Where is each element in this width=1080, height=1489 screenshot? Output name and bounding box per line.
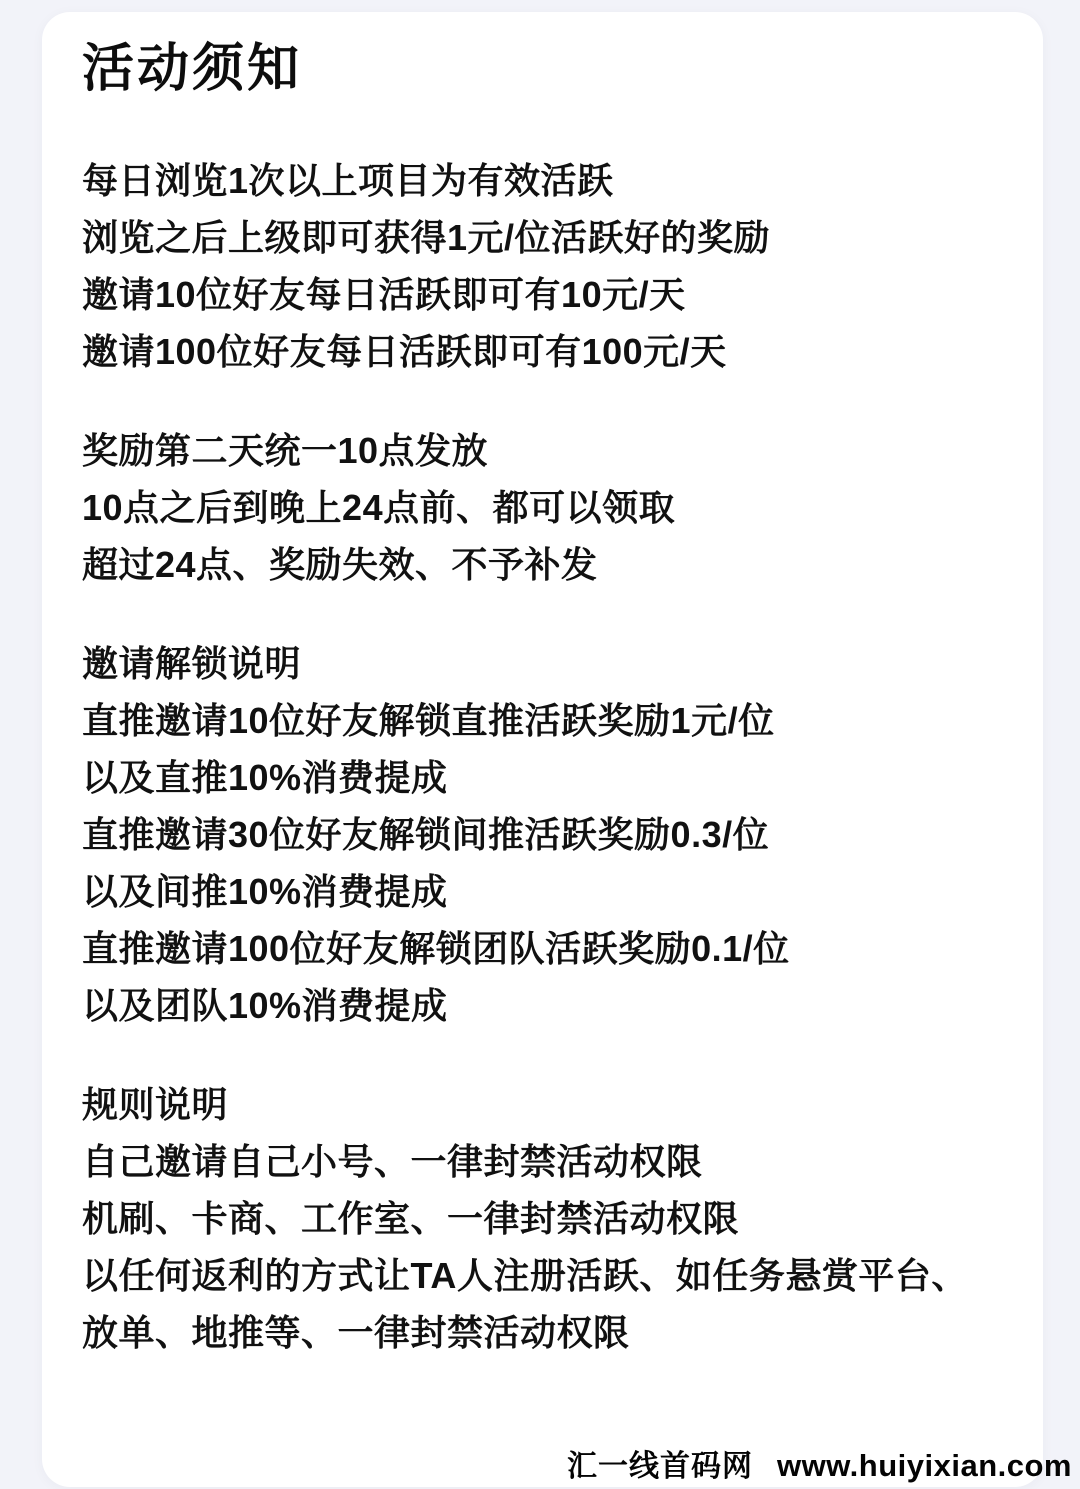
section-general-rules: 规则说明 自己邀请自己小号、一律封禁活动权限 机刷、卡商、工作室、一律封禁活动权… (82, 1076, 999, 1361)
watermark: 汇一线首码网 www.huiyixian.com (567, 1441, 1072, 1485)
page-title: 活动须知 (82, 40, 999, 100)
notice-line: 以及团队10%消费提成 (82, 977, 999, 1034)
section-daily-active-rules: 每日浏览1次以上项目为有效活跃 浏览之后上级即可获得1元/位活跃好的奖励 邀请1… (82, 152, 999, 380)
watermark-site-url: www.huiyixian.com (777, 1448, 1072, 1484)
watermark-site-name: 汇一线首码网 (567, 1441, 753, 1485)
notice-line: 直推邀请100位好友解锁团队活跃奖励0.1/位 (82, 920, 999, 977)
notice-line: 邀请10位好友每日活跃即可有10元/天 (82, 266, 999, 323)
notice-line: 自己邀请自己小号、一律封禁活动权限 (82, 1133, 999, 1190)
notice-line: 超过24点、奖励失效、不予补发 (82, 536, 999, 593)
notice-line: 以及直推10%消费提成 (82, 749, 999, 806)
notice-line: 直推邀请30位好友解锁间推活跃奖励0.3/位 (82, 806, 999, 863)
section-reward-release-rules: 奖励第二天统一10点发放 10点之后到晚上24点前、都可以领取 超过24点、奖励… (82, 422, 999, 593)
notice-line: 奖励第二天统一10点发放 (82, 422, 999, 479)
notice-line: 以及间推10%消费提成 (82, 863, 999, 920)
notice-line: 直推邀请10位好友解锁直推活跃奖励1元/位 (82, 692, 999, 749)
notice-line: 10点之后到晚上24点前、都可以领取 (82, 479, 999, 536)
notice-line: 机刷、卡商、工作室、一律封禁活动权限 (82, 1190, 999, 1247)
page-background: 活动须知 每日浏览1次以上项目为有效活跃 浏览之后上级即可获得1元/位活跃好的奖… (0, 0, 1080, 1489)
notice-line: 邀请100位好友每日活跃即可有100元/天 (82, 323, 999, 380)
notice-line: 以任何返利的方式让TA人注册活跃、如任务悬赏平台、放单、地推等、一律封禁活动权限 (82, 1247, 999, 1361)
section-heading: 邀请解锁说明 (82, 635, 999, 692)
notice-line: 浏览之后上级即可获得1元/位活跃好的奖励 (82, 209, 999, 266)
section-heading: 规则说明 (82, 1076, 999, 1133)
section-invite-unlock-rules: 邀请解锁说明 直推邀请10位好友解锁直推活跃奖励1元/位 以及直推10%消费提成… (82, 635, 999, 1034)
notice-card: 活动须知 每日浏览1次以上项目为有效活跃 浏览之后上级即可获得1元/位活跃好的奖… (42, 12, 1043, 1487)
notice-line: 每日浏览1次以上项目为有效活跃 (82, 152, 999, 209)
